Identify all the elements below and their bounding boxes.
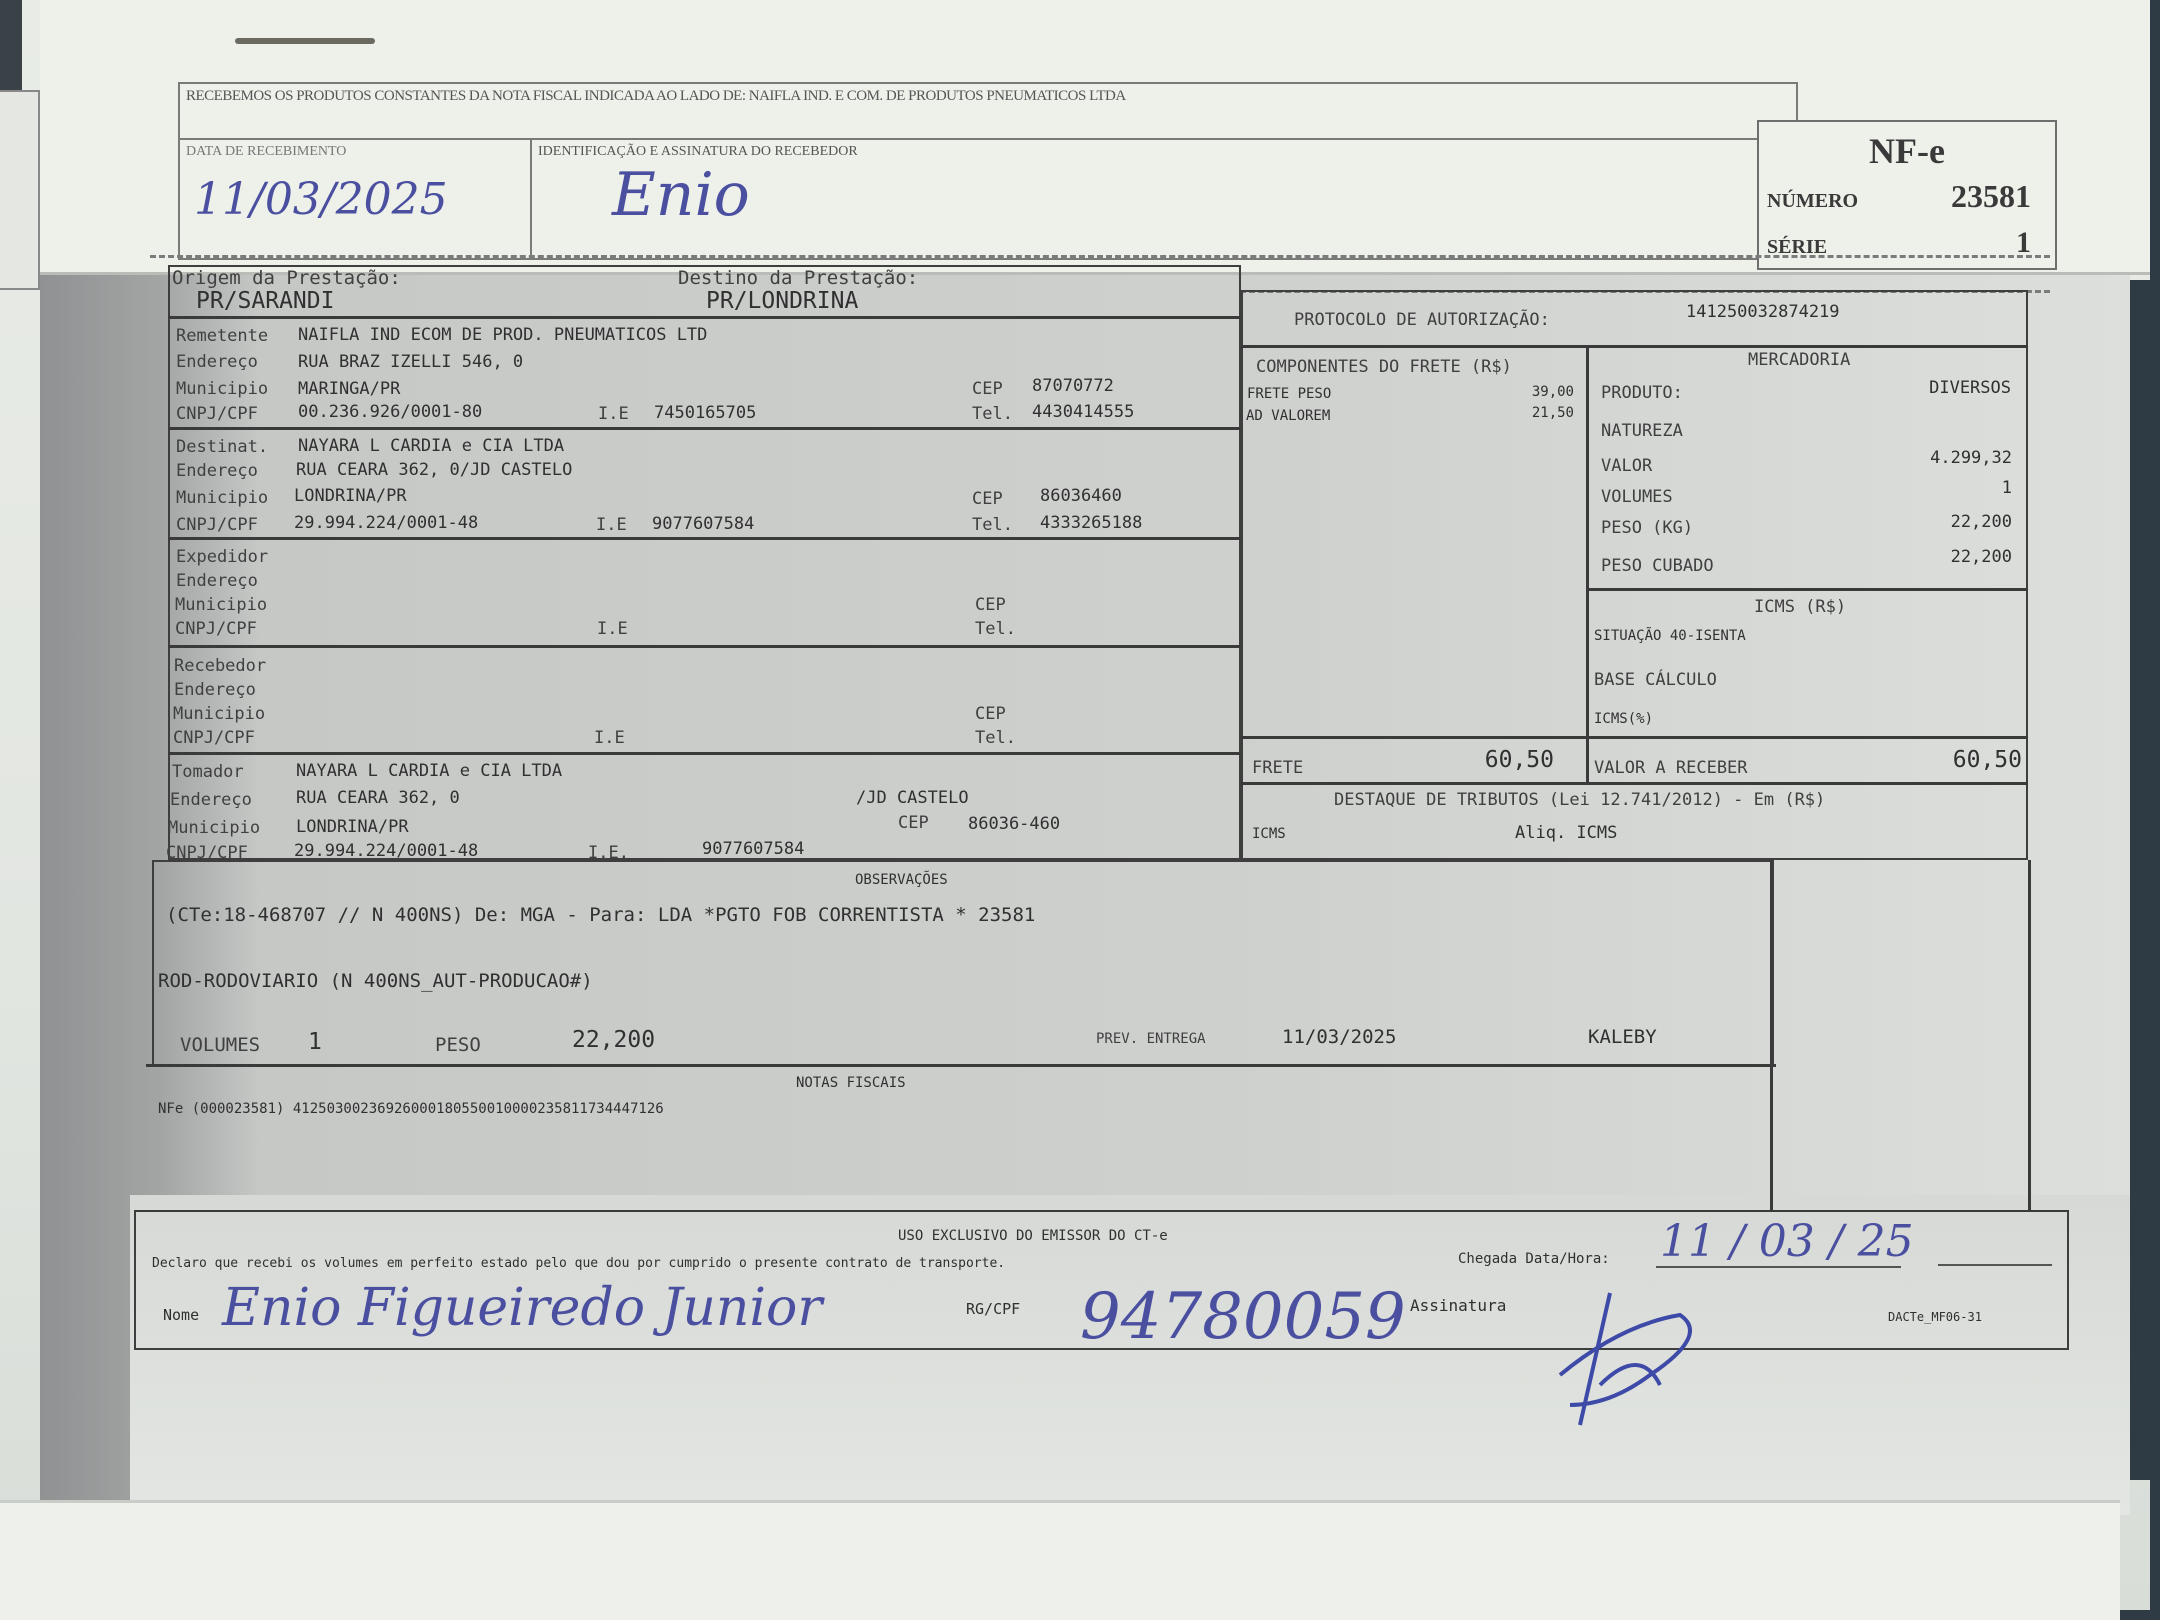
recebedor-label: Recebedor (174, 656, 266, 676)
produto-label: PRODUTO: (1601, 383, 1683, 403)
chegada-label: Chegada Data/Hora: (1458, 1251, 1610, 1267)
protocolo-value: 141250032874219 (1686, 302, 1840, 322)
frete-total: 60,50 (1400, 747, 1554, 773)
expedidor-cnpj-label: CNPJ/CPF (175, 619, 257, 639)
remetente-municipio: MARINGA/PR (298, 379, 400, 399)
icms-title: ICMS (R$) (1754, 597, 1846, 617)
tomador-ie: 9077607584 (702, 839, 804, 859)
observacoes-title: OBSERVAÇÕES (855, 872, 948, 888)
destinatario-cep: 86036460 (1040, 486, 1122, 506)
componente-value: 39,00 (1410, 384, 1574, 400)
divider (168, 645, 1241, 648)
divider (168, 537, 1241, 540)
tomador-label: Tomador (172, 762, 244, 782)
remetente-name: NAIFLA IND ECOM DE PROD. PNEUMATICOS LTD (298, 325, 707, 345)
recebedor-ie-label: I.E (594, 728, 625, 748)
valor-value: 4.299,32 (1800, 448, 2012, 468)
icms-aliquota-label: ICMS(%) (1594, 711, 1653, 727)
componente-label: FRETE PESO (1247, 386, 1331, 402)
divider (134, 1210, 2069, 1212)
destinatario-tel-label: Tel. (972, 515, 1013, 535)
remetente-cnpj-label: CNPJ/CPF (176, 404, 258, 424)
tomador-municipio: LONDRINA/PR (296, 817, 409, 837)
componente-value: 21,50 (1410, 405, 1574, 421)
obs-peso: 22,200 (572, 1027, 655, 1053)
remetente-cep: 87070772 (1032, 376, 1114, 396)
remetente-cep-label: CEP (972, 379, 1003, 399)
destinatario-municipio: LONDRINA/PR (294, 486, 407, 506)
tomador-endereco-label: Endereço (170, 790, 252, 810)
origem-value: PR/SARANDI (196, 288, 334, 314)
peso-label: PESO (KG) (1601, 518, 1693, 538)
destinatario-endereco-label: Endereço (176, 461, 258, 481)
nome-label: Nome (163, 1306, 199, 1324)
base-calculo-label: BASE CÁLCULO (1594, 670, 1717, 690)
divider (168, 752, 1241, 755)
tributos-aliq-label: Aliq. ICMS (1515, 823, 1617, 843)
recebedor-endereco-label: Endereço (174, 680, 256, 700)
remetente-cnpj: 00.236.926/0001-80 (298, 402, 482, 422)
protocolo-label: PROTOCOLO DE AUTORIZAÇÃO: (1294, 310, 1550, 330)
obs-volumes-label: VOLUMES (180, 1034, 260, 1056)
remetente-endereco-label: Endereço (176, 352, 258, 372)
recebedor-tel-label: Tel. (975, 728, 1016, 748)
remetente-label: Remetente (176, 326, 268, 346)
destinatario-ie: 9077607584 (652, 514, 754, 534)
valor-label: VALOR (1601, 456, 1652, 476)
destinatario-tel: 4333265188 (1040, 513, 1142, 533)
prev-entrega-label: PREV. ENTREGA (1096, 1031, 1206, 1047)
valor-receber: 60,50 (1860, 747, 2022, 773)
motorista: KALEBY (1588, 1026, 1657, 1048)
produto-value: DIVERSOS (1800, 378, 2011, 398)
tomador-name: NAYARA L CARDIA e CIA LTDA (296, 761, 562, 781)
destinatario-name: NAYARA L CARDIA e CIA LTDA (298, 436, 564, 456)
natureza-label: NATUREZA (1601, 421, 1683, 441)
assinatura-label: Assinatura (1410, 1296, 1506, 1315)
frete-label: FRETE (1252, 758, 1303, 778)
tomador-cep: 86036-460 (968, 814, 1060, 834)
peso-value: 22,200 (1800, 512, 2012, 532)
recebedor-municipio-label: Municipio (173, 704, 265, 724)
signature-scribble (1540, 1285, 1710, 1435)
rg-label: RG/CPF (966, 1300, 1020, 1318)
expedidor-municipio-label: Municipio (175, 595, 267, 615)
tomador-cnpj: 29.994.224/0001-48 (294, 841, 478, 861)
divider (168, 427, 1241, 430)
volumes-value: 1 (1800, 478, 2012, 498)
nome-handwritten: Enio Figueiredo Junior (222, 1278, 822, 1338)
destinatario-cnpj-label: CNPJ/CPF (176, 515, 258, 535)
divider (2028, 860, 2031, 1210)
rg-handwritten: 94780059 (1080, 1280, 1406, 1354)
divider (1770, 860, 1773, 1210)
form-code: DACTe_MF06-31 (1888, 1310, 1982, 1324)
tomador-municipio-label: Municipio (168, 818, 260, 838)
remetente-municipio-label: Municipio (176, 379, 268, 399)
icms-situacao: SITUAÇÃO 40-ISENTA (1594, 628, 1746, 644)
expedidor-endereco-label: Endereço (176, 571, 258, 591)
expedidor-label: Expedidor (176, 547, 268, 567)
mercadoria-title: MERCADORIA (1748, 350, 1850, 370)
destino-label: Destino da Prestação: (678, 267, 918, 289)
divider (1241, 736, 2028, 739)
chegada-date-underline (1656, 1266, 1901, 1268)
divider (1241, 782, 2028, 785)
remetente-ie-label: I.E (598, 404, 629, 424)
expedidor-tel-label: Tel. (975, 619, 1016, 639)
notas-fiscais-line: NFe (000023581) 412503002369260001805500… (158, 1101, 664, 1117)
observacoes-line1: (CTe:18-468707 // N 400NS) De: MGA - Par… (166, 904, 1035, 926)
chegada-hour-underline (1938, 1264, 2052, 1266)
divider (1241, 345, 2028, 348)
volumes-label: VOLUMES (1601, 487, 1673, 507)
observacoes-line2: ROD-RODOVIARIO (N 400NS_AUT-PRODUCAO#) (158, 970, 593, 992)
prev-entrega: 11/03/2025 (1282, 1026, 1396, 1048)
uso-exclusivo-title: USO EXCLUSIVO DO EMISSOR DO CT-e (898, 1228, 1168, 1244)
tributos-title: DESTAQUE DE TRIBUTOS (Lei 12.741/2012) -… (1334, 790, 1825, 810)
divider (1586, 345, 1589, 783)
divider (1586, 588, 2028, 591)
remetente-tel: 4430414555 (1032, 402, 1134, 422)
chegada-handwritten: 11 / 03 / 25 (1660, 1216, 1914, 1267)
tomador-bairro: /JD CASTELO (856, 788, 969, 808)
tributos-icms-label: ICMS (1252, 826, 1286, 842)
peso-cubado-label: PESO CUBADO (1601, 556, 1714, 576)
obs-volumes: 1 (308, 1029, 322, 1055)
remetente-ie: 7450165705 (654, 403, 756, 423)
destinatario-municipio-label: Municipio (176, 488, 268, 508)
remetente-tel-label: Tel. (972, 404, 1013, 424)
dacte-document: Origem da Prestação: PR/SARANDI Destino … (0, 0, 2160, 1620)
declaracao-text: Declaro que recebi os volumes em perfeit… (152, 1256, 1005, 1271)
remetente-endereco: RUA BRAZ IZELLI 546, 0 (298, 352, 523, 372)
destinatario-label: Destinat. (176, 437, 268, 457)
observacoes-frame (152, 860, 1774, 1066)
tomador-cep-label: CEP (898, 813, 929, 833)
tomador-endereco: RUA CEARA 362, 0 (296, 788, 460, 808)
destino-value: PR/LONDRINA (706, 288, 858, 314)
notas-fiscais-title: NOTAS FISCAIS (796, 1075, 906, 1091)
peso-cubado-value: 22,200 (1800, 547, 2012, 567)
divider (168, 316, 1241, 319)
destinatario-cep-label: CEP (972, 489, 1003, 509)
expedidor-ie-label: I.E (597, 619, 628, 639)
expedidor-cep-label: CEP (975, 595, 1006, 615)
divider (146, 1064, 1776, 1067)
valor-receber-label: VALOR A RECEBER (1594, 758, 1748, 778)
destinatario-endereco: RUA CEARA 362, 0/JD CASTELO (296, 460, 572, 480)
recebedor-cnpj-label: CNPJ/CPF (173, 728, 255, 748)
destinatario-ie-label: I.E (596, 515, 627, 535)
componente-label: AD VALOREM (1246, 408, 1330, 424)
origem-label: Origem da Prestação: (172, 267, 401, 289)
obs-peso-label: PESO (435, 1034, 481, 1056)
componentes-title: COMPONENTES DO FRETE (R$) (1256, 357, 1512, 377)
recebedor-cep-label: CEP (975, 704, 1006, 724)
destinatario-cnpj: 29.994.224/0001-48 (294, 513, 478, 533)
